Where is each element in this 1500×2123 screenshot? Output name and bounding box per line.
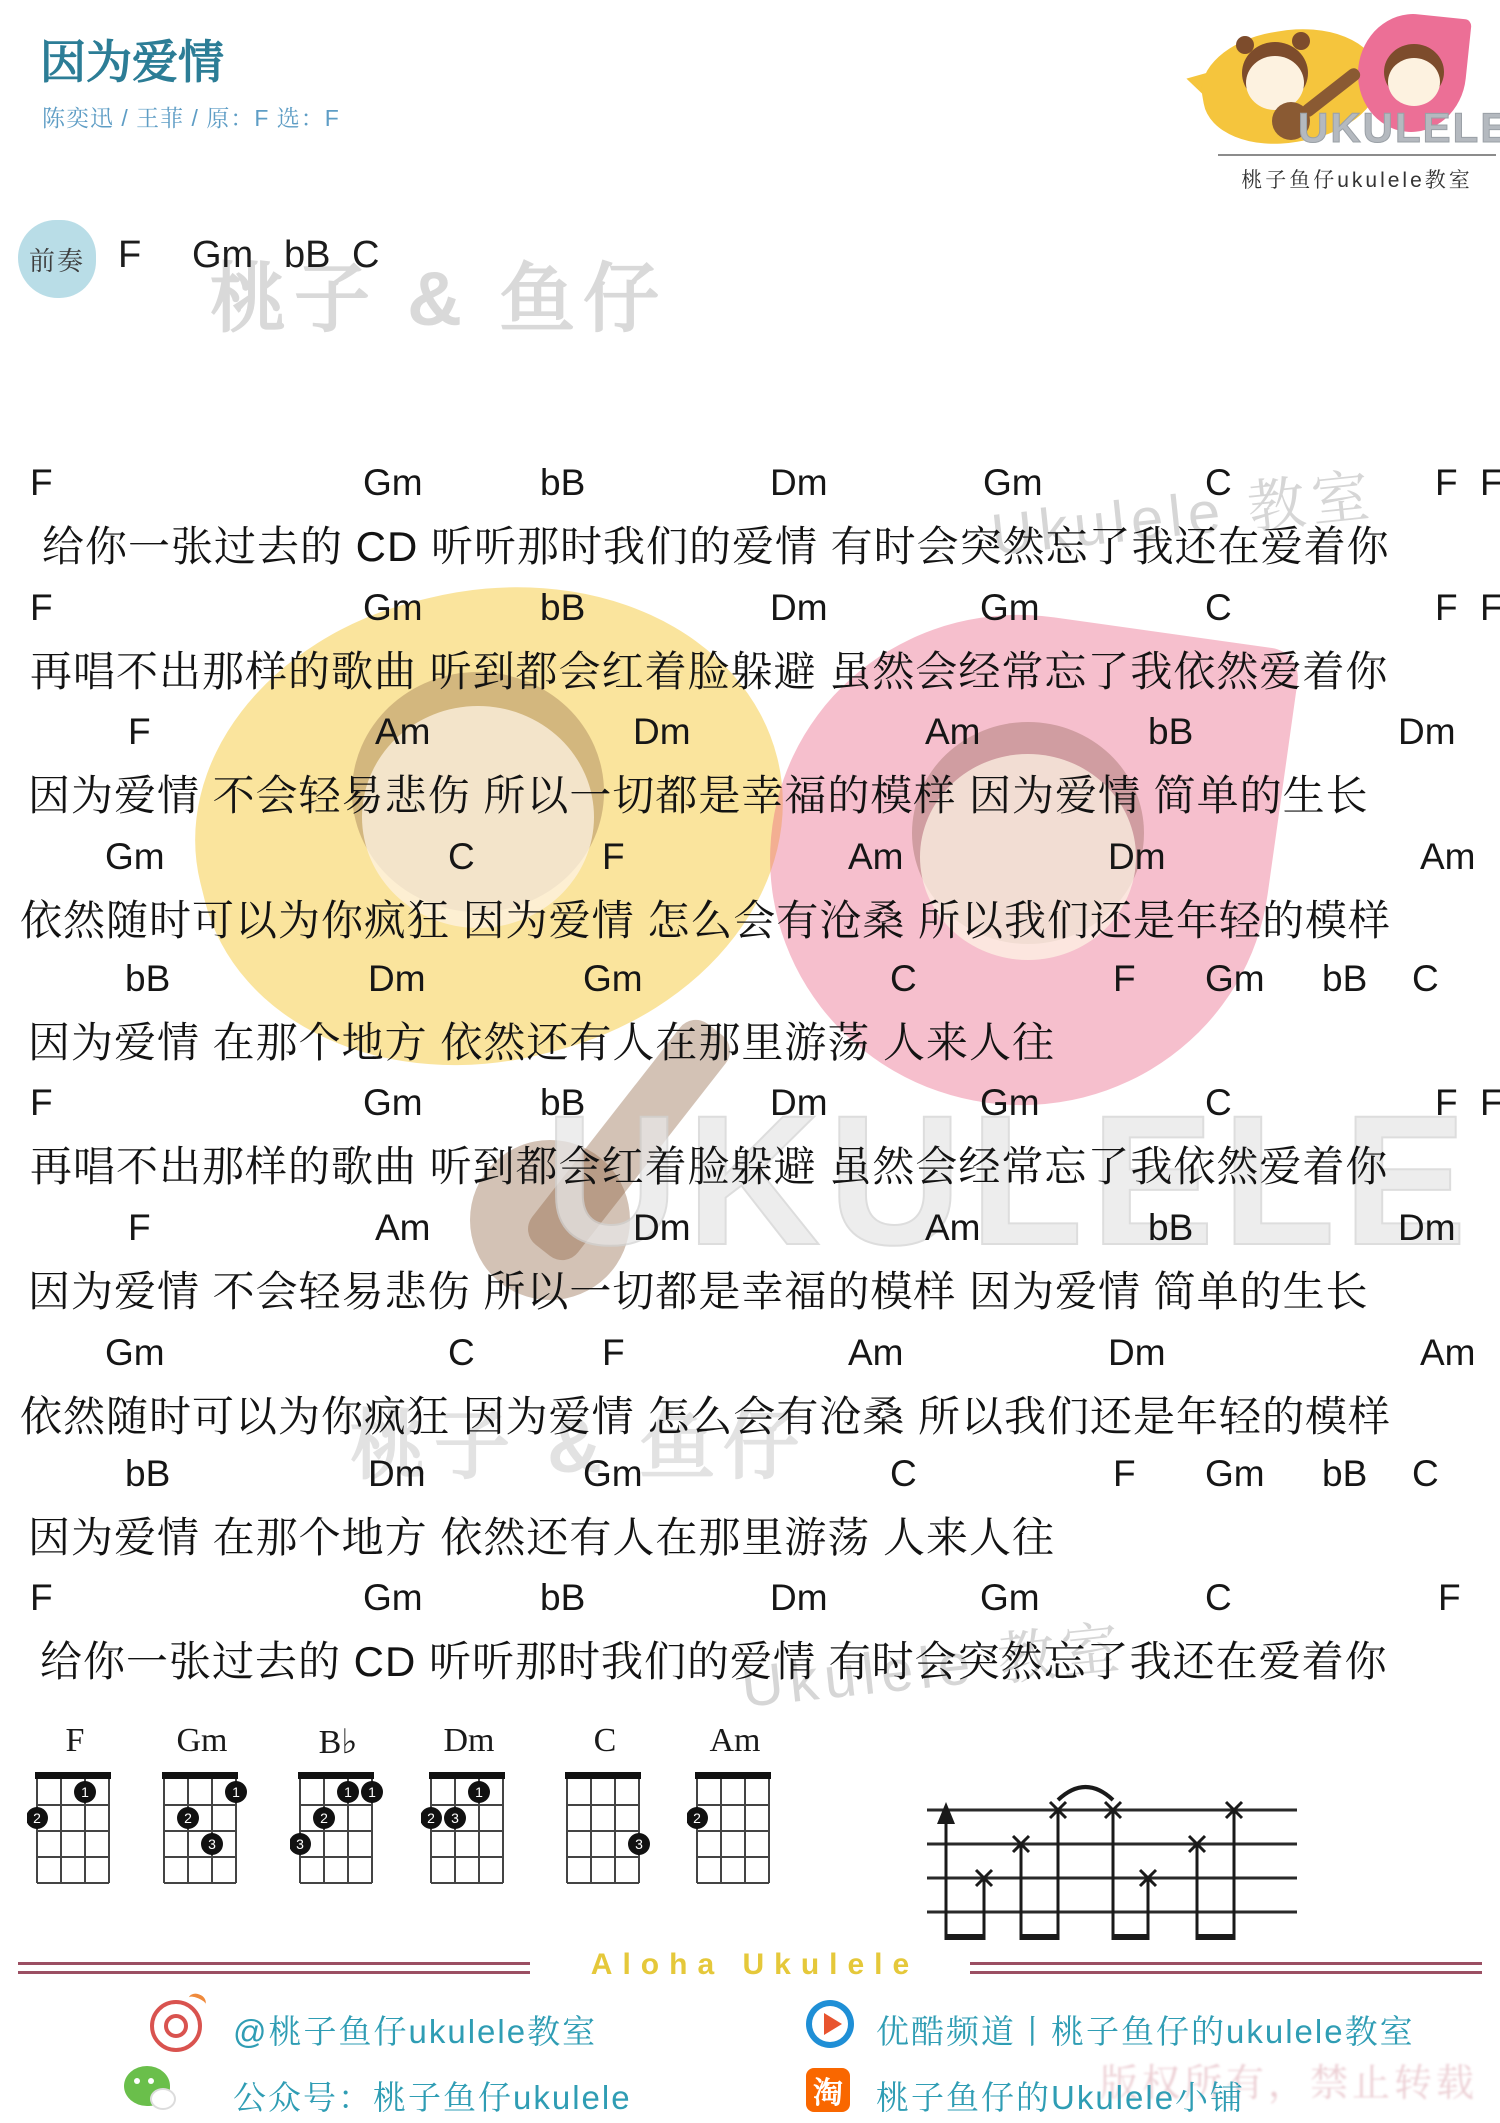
intro-badge-label: 前奏 [29, 241, 85, 278]
logo-brand-text: UKULELE [1298, 104, 1500, 152]
chord-diagram-Bb: B♭1123 [288, 1722, 388, 1901]
chord-label: Dm [770, 1577, 828, 1619]
chord-label: Gm [980, 1577, 1040, 1619]
chord-label: Dm [633, 1207, 691, 1249]
chord-label: Gm [105, 1332, 165, 1374]
weibo-account-text: @桃子鱼仔ukulele教室 [233, 2006, 597, 2053]
chord-label: Gm [983, 462, 1043, 504]
chord-label: bB [540, 1082, 585, 1124]
lyric-line: 因为爱情 在那个地方 依然还有人在那里游荡 人来人往 [28, 1010, 1055, 1070]
lyric-line: 给你一张过去的 CD 听听那时我们的爱情 有时会突然忘了我还在爱着你 [42, 514, 1390, 574]
watermark-names-text: 桃子 & 鱼仔 [210, 238, 667, 347]
chord-label: C [1412, 1453, 1439, 1495]
taobao-shop-text: 桃子鱼仔的Ukulele小铺 [876, 2072, 1245, 2119]
divider-right-top [970, 1962, 1482, 1965]
intro-chord-label: F [118, 234, 141, 277]
weibo-icon [150, 2000, 202, 2052]
chord-label: F [1435, 587, 1458, 629]
youku-channel-text: 优酷频道丨桃子鱼仔的ukulele教室 [876, 2006, 1415, 2053]
diagram-label: F [25, 1722, 125, 1764]
chord-label: Am [1420, 1332, 1476, 1374]
chord-label: F [1480, 462, 1500, 504]
lyric-line: 依然随时可以为你疯狂 因为爱情 怎么会有沧桑 所以我们还是年轻的模样 [20, 888, 1391, 948]
svg-text:2: 2 [33, 1810, 41, 1826]
studio-logo: UKULELE 桃子鱼仔ukulele教室 [1180, 8, 1500, 198]
chord-label: F [30, 1577, 53, 1619]
fretboard-grid: 123 [421, 1764, 517, 1896]
chord-label: F [30, 462, 53, 504]
chord-label: C [448, 836, 475, 878]
chord-label: F [1480, 1082, 1500, 1124]
line-block-8: GmCFAmDmAm依然随时可以为你疯狂 因为爱情 怎么会有沧桑 所以我们还是年… [0, 1332, 1500, 1450]
fretboard-grid: 1123 [290, 1764, 386, 1896]
intro-chord-label: C [352, 234, 379, 277]
lyric-line: 再唱不出那样的歌曲 听到都会红着脸躲避 虽然会经常忘了我依然爱着你 [30, 1134, 1388, 1194]
chord-label: Dm [368, 958, 426, 1000]
lyric-line: 给你一张过去的 CD 听听那时我们的爱情 有时会突然忘了我还在爱着你 [40, 1629, 1388, 1689]
chord-label: Dm [1398, 711, 1456, 753]
fretboard-grid: 2 [687, 1764, 783, 1896]
strum-pattern [922, 1772, 1302, 1957]
chord-label: Gm [980, 1082, 1040, 1124]
intro-badge: 前奏 [18, 220, 96, 298]
chord-label: Dm [1108, 1332, 1166, 1374]
svg-text:3: 3 [208, 1836, 216, 1852]
diagram-label: C [555, 1722, 655, 1764]
girl-bun-right [1292, 32, 1310, 50]
chord-diagram-Dm: Dm123 [419, 1722, 519, 1901]
intro-chord-label: Gm [192, 234, 253, 277]
chord-diagram-Am: Am2 [685, 1722, 785, 1901]
svg-text:3: 3 [296, 1836, 304, 1852]
chord-label: Gm [583, 1453, 643, 1495]
chord-label: Dm [770, 462, 828, 504]
diagram-label: B♭ [288, 1722, 388, 1764]
svg-text:2: 2 [320, 1810, 328, 1826]
diagram-label: Am [685, 1722, 785, 1764]
logo-studio-text: 桃子鱼仔ukulele教室 [1218, 164, 1496, 194]
chord-label: Am [848, 1332, 904, 1374]
svg-text:2: 2 [693, 1810, 701, 1826]
chord-label: Gm [363, 1577, 423, 1619]
lyric-line: 因为爱情 不会轻易悲伤 所以一切都是幸福的模样 因为爱情 简单的生长 [28, 1259, 1369, 1319]
svg-text:2: 2 [184, 1810, 192, 1826]
fretboard-grid: 3 [557, 1764, 653, 1896]
lyric-line: 再唱不出那样的歌曲 听到都会红着脸躲避 虽然会经常忘了我依然爱着你 [30, 639, 1388, 699]
chord-label: bB [125, 958, 170, 1000]
chord-label: bB [125, 1453, 170, 1495]
chord-label: Dm [1398, 1207, 1456, 1249]
line-block-9: bBDmGmCFGmbBC因为爱情 在那个地方 依然还有人在那里游荡 人来人往 [0, 1453, 1500, 1571]
chord-label: bB [540, 1577, 585, 1619]
chord-label: C [1205, 1577, 1232, 1619]
chord-label: bB [1322, 958, 1367, 1000]
chord-label: F [128, 1207, 151, 1249]
boy-face [1388, 58, 1440, 106]
chord-label: Dm [633, 711, 691, 753]
chord-diagram-Gm: Gm123 [152, 1722, 252, 1901]
svg-text:2: 2 [427, 1810, 435, 1826]
line-block-2: FGmbBDmGmCFF再唱不出那样的歌曲 听到都会红着脸躲避 虽然会经常忘了我… [0, 587, 1500, 705]
chord-label: F [1435, 1082, 1458, 1124]
chord-label: Dm [770, 1082, 828, 1124]
lyric-line: 因为爱情 在那个地方 依然还有人在那里游荡 人来人往 [28, 1505, 1055, 1565]
chord-label: Am [375, 1207, 431, 1249]
wechat-account-text: 公众号：桃子鱼仔ukulele [233, 2072, 632, 2119]
chord-label: F [1435, 462, 1458, 504]
svg-text:1: 1 [232, 1784, 240, 1800]
chord-label: Am [925, 1207, 981, 1249]
chord-label: Am [925, 711, 981, 753]
chord-label: Am [1420, 836, 1476, 878]
chord-label: C [1412, 958, 1439, 1000]
wechat-icon [124, 2066, 170, 2106]
chord-diagram-F: F12 [25, 1722, 125, 1901]
chord-label: bB [1322, 1453, 1367, 1495]
chord-label: F [30, 587, 53, 629]
chord-label: F [1113, 1453, 1136, 1495]
chord-label: bB [1148, 711, 1193, 753]
song-credits: 陈奕迅 / 王菲 / 原：F 选：F [42, 100, 340, 133]
chord-sheet-page: 桃子 & 鱼仔 Ukulele 教室 UKULELE 桃子 & 鱼仔 Ukule… [0, 0, 1500, 2123]
girl-bun-left [1236, 36, 1254, 54]
chord-label: bB [540, 462, 585, 504]
chord-label: F [30, 1082, 53, 1124]
svg-text:1: 1 [344, 1784, 352, 1800]
svg-text:3: 3 [635, 1836, 643, 1852]
line-block-1: FGmbBDmGmCFF给你一张过去的 CD 听听那时我们的爱情 有时会突然忘了… [0, 462, 1500, 580]
chord-label: Gm [363, 462, 423, 504]
page-title: 因为爱情 [40, 26, 224, 92]
lyric-line: 依然随时可以为你疯狂 因为爱情 怎么会有沧桑 所以我们还是年轻的模样 [20, 1384, 1391, 1444]
chord-label: Am [848, 836, 904, 878]
chord-label: Dm [1108, 836, 1166, 878]
chord-label: Gm [583, 958, 643, 1000]
line-block-6: FGmbBDmGmCFF再唱不出那样的歌曲 听到都会红着脸躲避 虽然会经常忘了我… [0, 1082, 1500, 1200]
youku-icon [806, 2000, 854, 2048]
chord-label: Dm [770, 587, 828, 629]
chord-label: C [1205, 462, 1232, 504]
chord-label: Dm [368, 1453, 426, 1495]
chord-label: Gm [105, 836, 165, 878]
svg-text:1: 1 [81, 1784, 89, 1800]
fretboard-grid: 12 [27, 1764, 123, 1896]
line-block-4: GmCFAmDmAm依然随时可以为你疯狂 因为爱情 怎么会有沧桑 所以我们还是年… [0, 836, 1500, 954]
intro-chord-label: bB [284, 234, 330, 277]
chord-label: bB [540, 587, 585, 629]
logo-divider [1218, 154, 1496, 156]
line-block-10: FGmbBDmGmCF给你一张过去的 CD 听听那时我们的爱情 有时会突然忘了我… [0, 1577, 1500, 1695]
svg-text:1: 1 [368, 1784, 376, 1800]
chord-label: F [1113, 958, 1136, 1000]
taobao-icon: 淘 [806, 2068, 850, 2112]
chord-label: F [128, 711, 151, 753]
divider-right-bottom [970, 1971, 1482, 1974]
line-block-3: FAmDmAmbBDm因为爱情 不会轻易悲伤 所以一切都是幸福的模样 因为爱情 … [0, 711, 1500, 829]
diagram-label: Gm [152, 1722, 252, 1764]
chord-label: Am [375, 711, 431, 753]
chord-label: C [890, 1453, 917, 1495]
chord-label: Gm [980, 587, 1040, 629]
chord-label: Gm [363, 587, 423, 629]
divider-left-bottom [18, 1971, 530, 1974]
divider-left-top [18, 1962, 530, 1965]
svg-text:3: 3 [451, 1810, 459, 1826]
line-block-7: FAmDmAmbBDm因为爱情 不会轻易悲伤 所以一切都是幸福的模样 因为爱情 … [0, 1207, 1500, 1325]
line-block-5: bBDmGmCFGmbBC因为爱情 在那个地方 依然还有人在那里游荡 人来人往 [0, 958, 1500, 1076]
chord-label: Gm [1205, 958, 1265, 1000]
lyric-line: 因为爱情 不会轻易悲伤 所以一切都是幸福的模样 因为爱情 简单的生长 [28, 763, 1369, 823]
chord-label: bB [1148, 1207, 1193, 1249]
fretboard-grid: 123 [154, 1764, 250, 1896]
chord-label: C [448, 1332, 475, 1374]
chord-label: F [1480, 587, 1500, 629]
chord-label: F [1438, 1577, 1461, 1619]
chord-label: Gm [363, 1082, 423, 1124]
chord-label: C [1205, 587, 1232, 629]
chord-label: C [1205, 1082, 1232, 1124]
chord-label: C [890, 958, 917, 1000]
chord-label: F [602, 836, 625, 878]
chord-label: Gm [1205, 1453, 1265, 1495]
diagram-label: Dm [419, 1722, 519, 1764]
chord-label: F [602, 1332, 625, 1374]
chord-diagram-C: C3 [555, 1722, 655, 1901]
svg-text:1: 1 [475, 1784, 483, 1800]
aloha-ukulele-text: Aloha Ukulele [535, 1948, 975, 1982]
